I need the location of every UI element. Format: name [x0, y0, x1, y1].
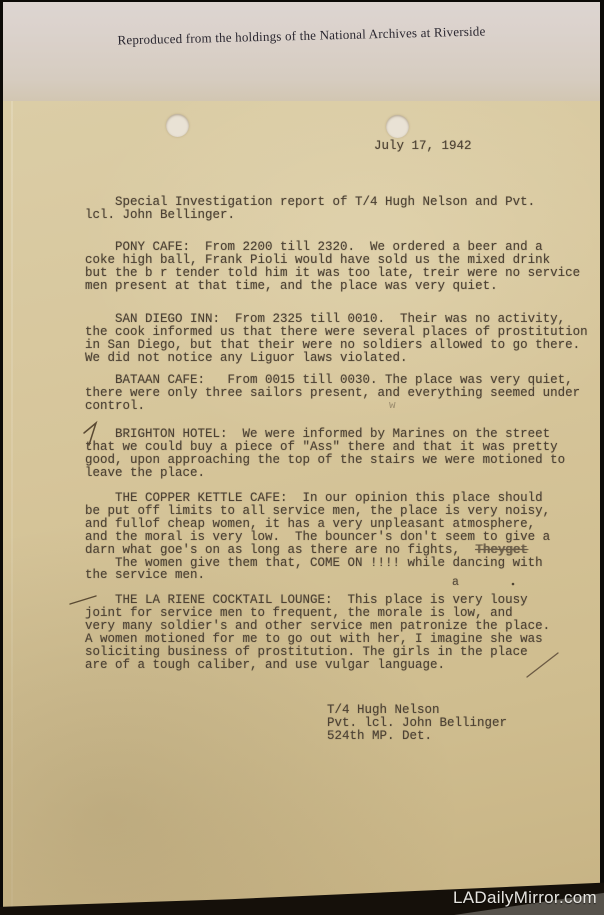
intro-paragraph: Special Investigation report of T/4 Hugh… — [85, 196, 535, 222]
paragraph-copper-kettle: THE COPPER KETTLE CAFE: In our opinion t… — [85, 492, 550, 582]
paragraph-bataan-cafe: BATAAN CAFE: From 0015 till 0030. The pl… — [85, 374, 580, 413]
archive-header-text: Reproduced from the holdings of the Nati… — [3, 21, 600, 52]
watermark: LADailyMirror.com — [453, 888, 597, 908]
copper-kettle-text-continued: The women give them that, COME ON !!!! w… — [85, 556, 543, 583]
date-line: July 17, 1942 — [374, 140, 472, 153]
signature-block: T/4 Hugh Nelson Pvt. lcl. John Bellinger… — [327, 704, 507, 743]
cover-sheet: Reproduced from the holdings of the Nati… — [3, 2, 600, 101]
punch-hole-right — [386, 115, 409, 138]
strikethrough-text: Theyget — [475, 543, 528, 557]
paragraph-la-riene-lounge: THE LA RIENE COCKTAIL LOUNGE: This place… — [85, 594, 550, 671]
paragraph-brighton-hotel: BRIGHTON HOTEL: We were informed by Mari… — [85, 428, 565, 480]
insertion-mark-a: a — [452, 576, 459, 589]
stray-typed-character: w — [389, 400, 396, 412]
paragraph-san-diego-inn: SAN DIEGO INN: From 2325 till 0010. Thei… — [85, 313, 588, 365]
paragraph-pony-cafe: PONY CAFE: From 2200 till 2320. We order… — [85, 241, 580, 293]
document-photo: Reproduced from the holdings of the Nati… — [0, 0, 604, 915]
punch-hole-left — [166, 114, 189, 137]
